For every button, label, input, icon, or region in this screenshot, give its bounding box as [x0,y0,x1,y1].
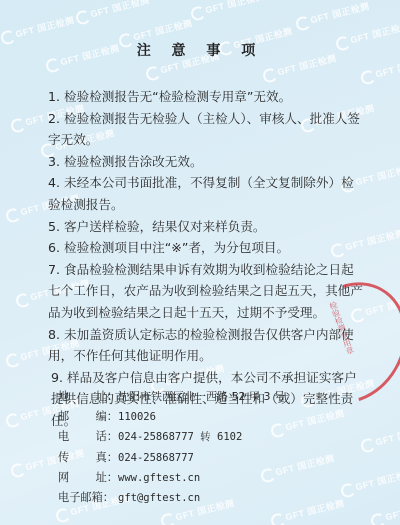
watermark-logo: GFT 国正检测 [74,0,151,26]
contact-label: 址： [96,468,118,488]
postcode-value: 110026 [118,407,156,427]
contact-label: 真： [96,448,118,468]
website-link[interactable]: www.gftest.cn [118,468,200,488]
contact-phone: 电话： 024-25868777 转 6102 [58,427,285,447]
fax-value: 024-25868777 [118,448,194,468]
contact-label: 编： [96,407,118,427]
phone-value: 024-25868777 转 6102 [118,427,242,447]
notice-item: 3. 检验检测报告涂改无效。 [48,151,363,173]
contact-label: 电 [58,427,82,447]
notice-item: 1. 检验检测报告无“检验检测专用章”无效。 [48,86,363,108]
watermark-logo: GFT 国正检测 [294,0,371,32]
contact-website: 网址： www.gftest.cn [58,468,285,488]
notice-item: 4. 未经本公司书面批准，不得复制（全文复制除外）检验检测报告。 [48,172,363,215]
contact-label: 话： [96,427,118,447]
contact-label: 传 [58,448,82,468]
contact-fax: 传真： 024-25868777 [58,448,285,468]
address-value: 沈阳市铁西区北一西路 52 甲 3 号 [118,387,285,407]
contact-info: 地址： 沈阳市铁西区北一西路 52 甲 3 号 邮编： 110026 电话： 0… [58,387,285,508]
contact-label: 址： [96,387,118,407]
contact-label: 电子邮箱： [58,488,114,508]
watermark-logo: GFT 国正检测 [359,421,400,453]
watermark-logo: GFT 国正检测 [189,0,266,22]
contact-label: 地 [58,387,82,407]
contact-address: 地址： 沈阳市铁西区北一西路 52 甲 3 号 [58,387,285,407]
email-link[interactable]: gft@gftest.cn [118,488,200,508]
notice-item: 6. 检验检测项目中注“※”者，为分包项目。 [48,237,363,259]
watermark-logo: GFT 国正检测 [369,496,400,525]
contact-email: 电子邮箱： gft@gftest.cn [58,488,285,508]
notice-item: 5. 客户送样检验，结果仅对来样负责。 [48,216,363,238]
watermark-logo: GFT 国正检测 [339,466,400,498]
notice-item: 2. 检验检测报告无检验人（主检人）、审核人、批准人签字无效。 [48,108,363,151]
contact-label: 网 [58,468,82,488]
page-title: 注 意 事 项 [0,40,400,60]
contact-postcode: 邮编： 110026 [58,407,285,427]
contact-label: 邮 [58,407,82,427]
